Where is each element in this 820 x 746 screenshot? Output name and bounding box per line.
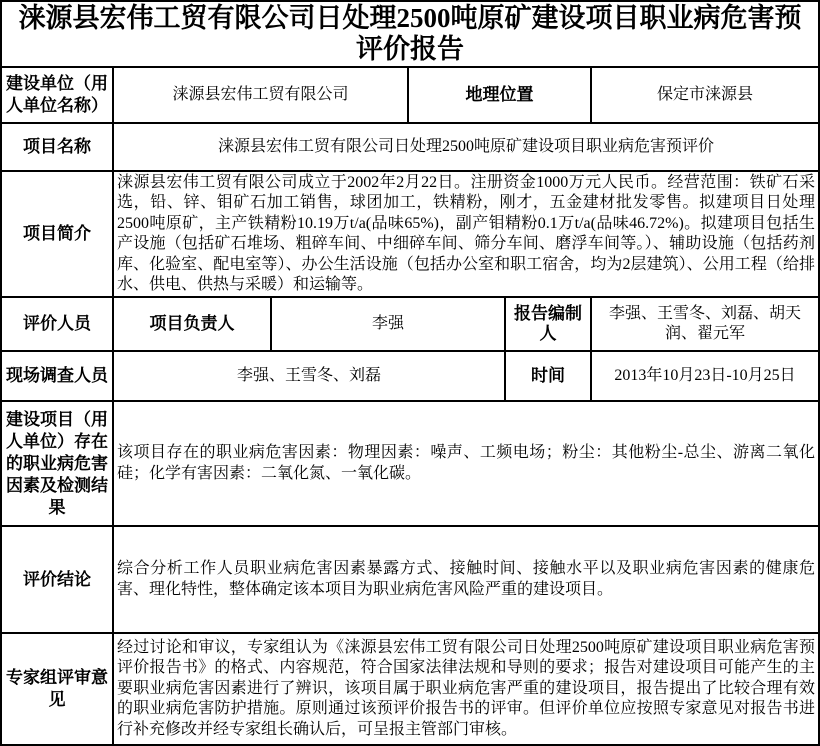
expert-opinion-text: 经过讨论和审议，专家组认为《涞源县宏伟工贸有限公司日处理2500吨原矿建设项目职…: [117, 638, 815, 741]
survey-personnel-label: 现场调查人员: [2, 352, 112, 400]
project-intro-value: 涞源县宏伟工贸有限公司成立于2002年2月22日。注册资金1000万元人民币。经…: [112, 172, 818, 296]
project-name-value: 涞源县宏伟工贸有限公司日处理2500吨原矿建设项目职业病危害预评价: [112, 124, 818, 170]
row-construction-unit: 建设单位（用人单位名称） 涞源县宏伟工贸有限公司 地理位置 保定市涞源县: [2, 66, 818, 122]
report-document: 涞源县宏伟工贸有限公司日处理2500吨原矿建设项目职业病危害预评价报告 建设单位…: [0, 0, 820, 746]
row-project-intro: 项目简介 涞源县宏伟工贸有限公司成立于2002年2月22日。注册资金1000万元…: [2, 170, 818, 296]
project-intro-label: 项目简介: [2, 172, 112, 296]
expert-opinion-value: 经过讨论和审议，专家组认为《涞源县宏伟工贸有限公司日处理2500吨原矿建设项目职…: [112, 634, 818, 744]
construction-unit-value: 涞源县宏伟工贸有限公司: [112, 68, 407, 122]
row-evaluators: 评价人员 项目负责人 李强 报告编制人 李强、王雪冬、刘磊、胡天润、翟元军: [2, 296, 818, 350]
expert-opinion-label: 专家组评审意见: [2, 634, 112, 744]
hazards-label: 建设项目（用人单位）存在的职业病危害因素及检测结果: [2, 402, 112, 525]
project-intro-text: 涞源县宏伟工贸有限公司成立于2002年2月22日。注册资金1000万元人民币。经…: [117, 173, 815, 296]
row-project-name: 项目名称 涞源县宏伟工贸有限公司日处理2500吨原矿建设项目职业病危害预评价: [2, 122, 818, 170]
row-hazards: 建设项目（用人单位）存在的职业病危害因素及检测结果 该项目存在的职业病危害因素：…: [2, 400, 818, 525]
construction-unit-label: 建设单位（用人单位名称）: [2, 68, 112, 122]
report-title: 涞源县宏伟工贸有限公司日处理2500吨原矿建设项目职业病危害预评价报告: [2, 2, 818, 66]
conclusion-label: 评价结论: [2, 527, 112, 632]
time-value: 2013年10月23日-10月25日: [590, 352, 818, 400]
row-expert-opinion: 专家组评审意见 经过讨论和审议，专家组认为《涞源县宏伟工贸有限公司日处理2500…: [2, 632, 818, 744]
project-leader-value: 李强: [270, 298, 504, 350]
hazards-text: 该项目存在的职业病危害因素：物理因素：噪声、工频电场；粉尘：其他粉尘-总尘、游离…: [117, 443, 815, 484]
hazards-value: 该项目存在的职业病危害因素：物理因素：噪声、工频电场；粉尘：其他粉尘-总尘、游离…: [112, 402, 818, 525]
conclusion-text: 综合分析工作人员职业病危害因素暴露方式、接触时间、接触水平以及职业病危害因素的健…: [117, 559, 815, 600]
report-compiler-label: 报告编制人: [504, 298, 590, 350]
project-leader-label: 项目负责人: [112, 298, 270, 350]
survey-personnel-value: 李强、王雪冬、刘磊: [112, 352, 504, 400]
row-conclusion: 评价结论 综合分析工作人员职业病危害因素暴露方式、接触时间、接触水平以及职业病危…: [2, 525, 818, 632]
location-value: 保定市涞源县: [590, 68, 818, 122]
row-survey: 现场调查人员 李强、王雪冬、刘磊 时间 2013年10月23日-10月25日: [2, 350, 818, 400]
report-compiler-value: 李强、王雪冬、刘磊、胡天润、翟元军: [590, 298, 818, 350]
time-label: 时间: [504, 352, 590, 400]
conclusion-value: 综合分析工作人员职业病危害因素暴露方式、接触时间、接触水平以及职业病危害因素的健…: [112, 527, 818, 632]
project-name-label: 项目名称: [2, 124, 112, 170]
location-label: 地理位置: [407, 68, 590, 122]
evaluators-label: 评价人员: [2, 298, 112, 350]
